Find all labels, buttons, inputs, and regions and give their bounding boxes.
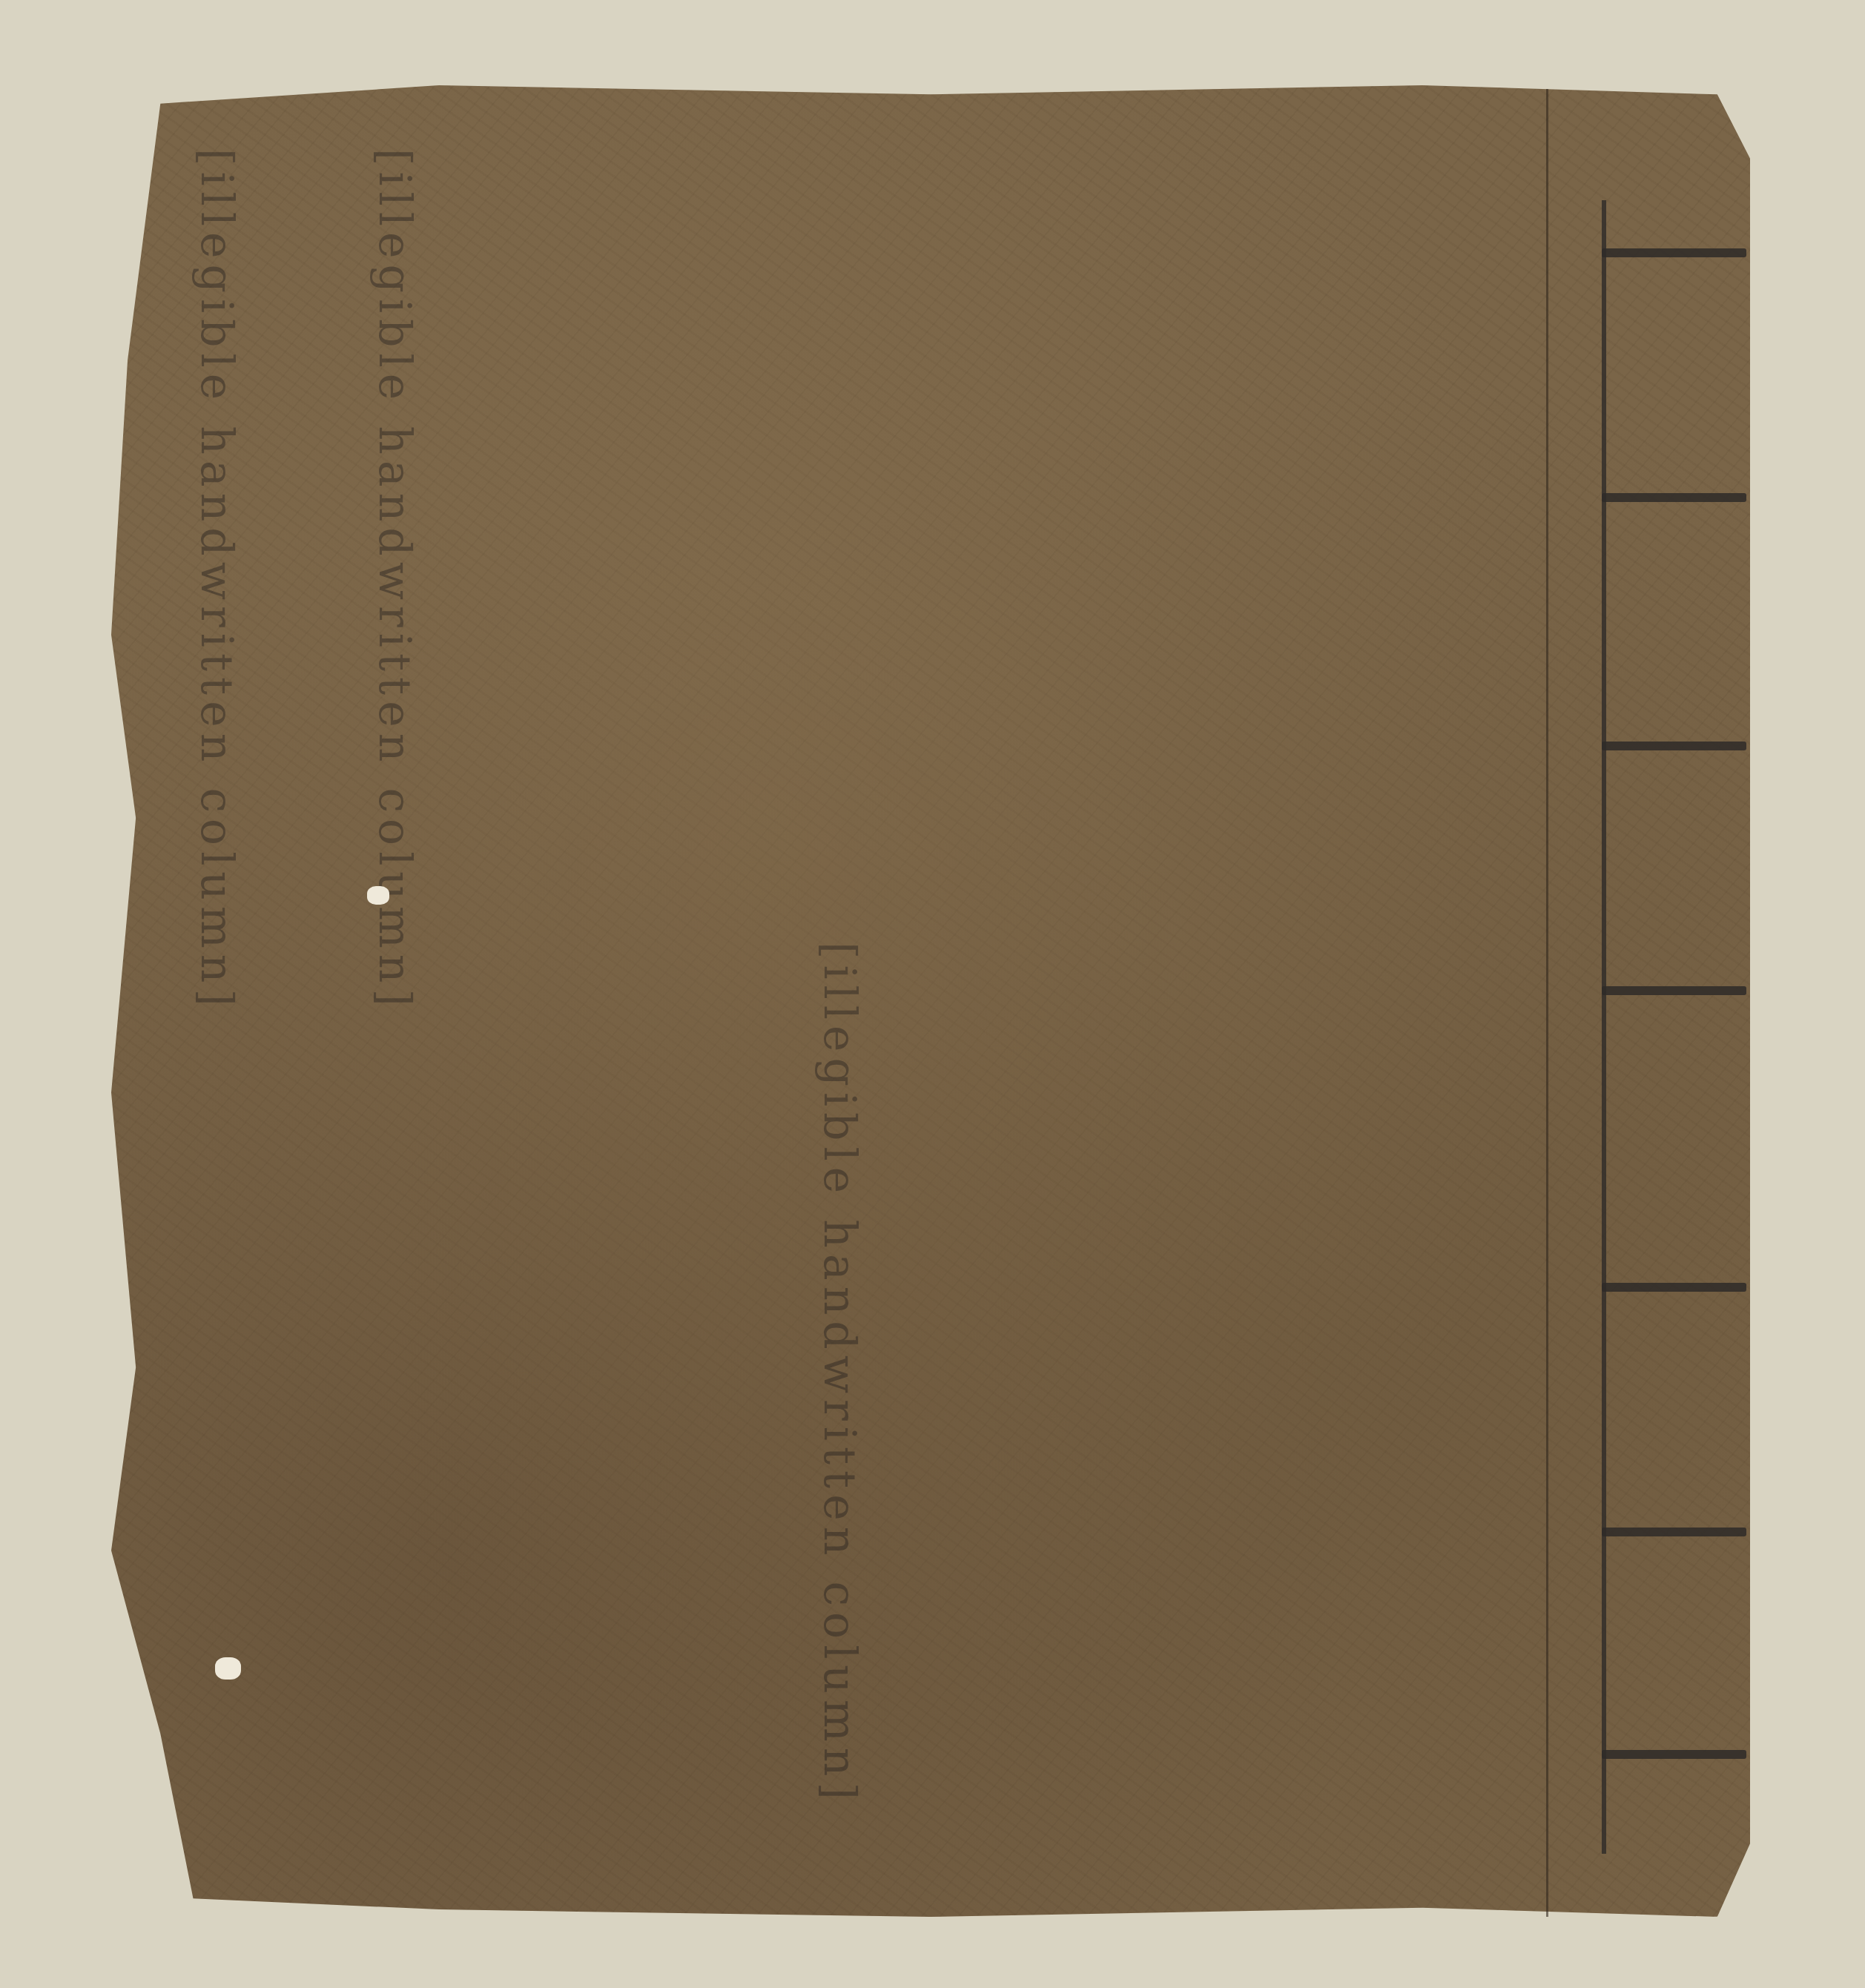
handwritten-column-far-left: [illegible handwritten column] xyxy=(193,148,240,1012)
handwritten-column-second-left: [illegible handwritten column] xyxy=(371,148,417,1012)
paper-hole xyxy=(367,886,389,905)
binding-stitch xyxy=(1602,1750,1746,1759)
binding-stitch xyxy=(1602,493,1746,502)
binding-stitch xyxy=(1602,1283,1746,1292)
binding-stitch xyxy=(1602,248,1746,257)
binding-stitch xyxy=(1602,742,1746,750)
paper-hole xyxy=(215,1657,241,1680)
binding-stitch xyxy=(1602,986,1746,995)
binding-stitch xyxy=(1602,1528,1746,1536)
binding-thread-vertical xyxy=(1602,200,1606,1854)
handwritten-column-center: [illegible handwritten column] xyxy=(816,942,862,1806)
book-spine xyxy=(1546,89,1752,1917)
book-cover xyxy=(111,85,1750,1917)
